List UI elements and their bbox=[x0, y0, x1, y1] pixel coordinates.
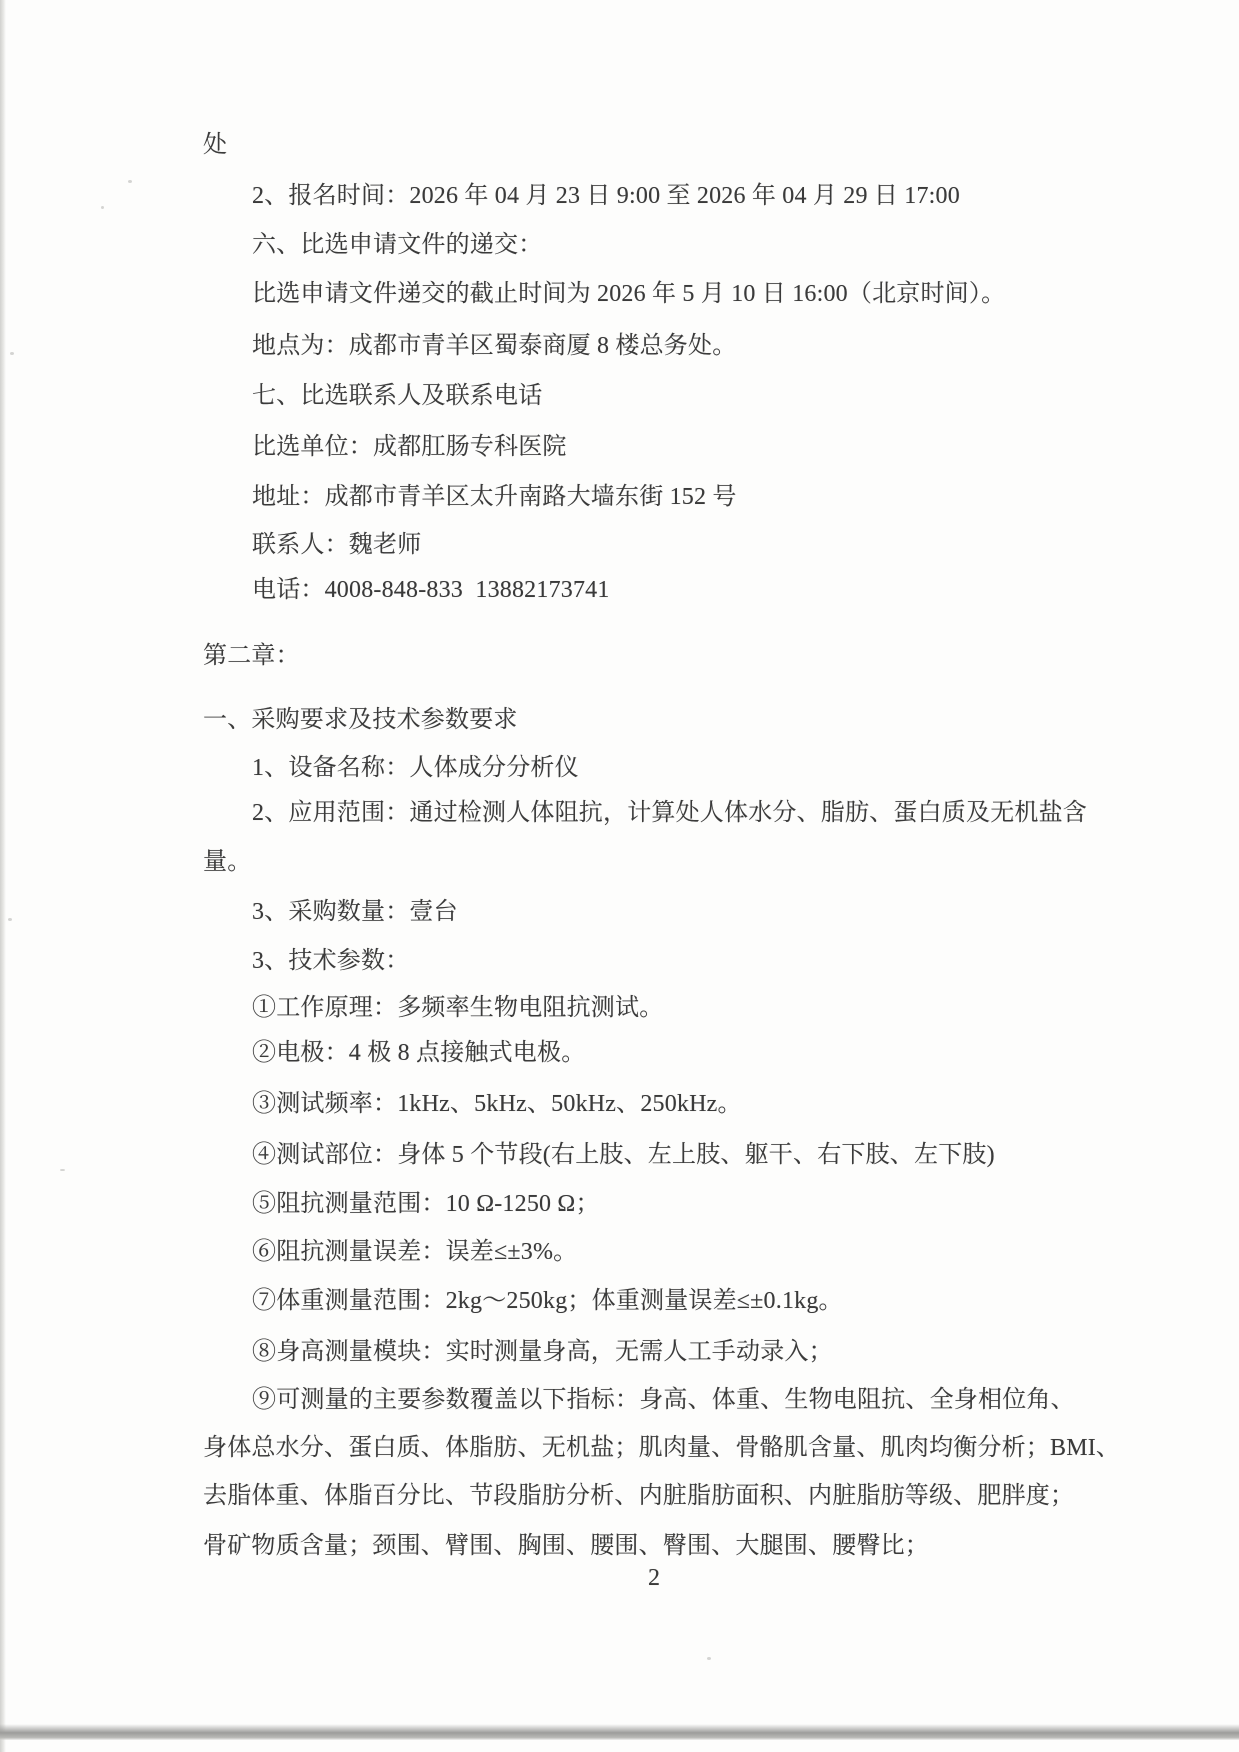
application-scope-wrap-line: 量。 bbox=[203, 846, 251, 878]
param-height-module-line: ⑧身高测量模块：实时测量身高，无需人工手动录入； bbox=[252, 1336, 833, 1368]
contact-person-line: 联系人：魏老师 bbox=[252, 529, 421, 561]
carryover-text-line: 处 bbox=[203, 129, 227, 161]
measurable-indicators-wrap-line-1: 身体总水分、蛋白质、体脂肪、无机盐；肌肉量、骨骼肌含量、肌肉均衡分析；BMI、 bbox=[203, 1432, 1120, 1464]
chapter-two-heading: 第二章： bbox=[203, 640, 300, 672]
param-electrode-line: ②电极：4 极 8 点接触式电极。 bbox=[252, 1037, 585, 1069]
device-name-line: 1、设备名称：人体成分分析仪 bbox=[252, 752, 579, 784]
scanned-document-page: 处 2、报名时间：2026 年 04 月 23 日 9:00 至 2026 年 … bbox=[0, 0, 1239, 1752]
param-test-frequency-line: ③测试频率：1kHz、5kHz、50kHz、250kHz。 bbox=[252, 1088, 742, 1120]
param-weight-range-line: ⑦体重测量范围：2kg～250kg；体重测量误差≤±0.1kg。 bbox=[252, 1285, 843, 1317]
measurable-indicators-wrap-line-2: 去脂体重、体脂百分比、节段脂肪分析、内脏脂肪面积、内脏脂肪等级、肥胖度； bbox=[203, 1480, 1074, 1512]
technical-params-heading: 3、技术参数： bbox=[252, 945, 409, 977]
scan-left-edge-artifact bbox=[0, 0, 6, 1752]
scan-speck bbox=[60, 1169, 65, 1171]
measurable-indicators-wrap-line-3: 骨矿物质含量；颈围、臂围、胸围、腰围、臀围、大腿围、腰臀比； bbox=[203, 1530, 929, 1562]
scan-speck bbox=[8, 918, 12, 921]
section-six-heading: 六、比选申请文件的递交： bbox=[252, 229, 542, 261]
purchase-quantity-line: 3、采购数量：壹台 bbox=[252, 896, 458, 928]
page-number: 2 bbox=[648, 1562, 660, 1594]
scan-speck bbox=[128, 180, 132, 183]
param-measurable-indicators-line: ⑨可测量的主要参数覆盖以下指标：身高、体重、生物电阻抗、全身相位角、 bbox=[252, 1384, 1075, 1416]
address-line: 地址：成都市青羊区太升南路大墙东街 152 号 bbox=[252, 481, 737, 513]
application-scope-line: 2、应用范围：通过检测人体阻抗，计算处人体水分、脂肪、蛋白质及无机盐含 bbox=[252, 797, 1087, 829]
scan-speck bbox=[101, 206, 104, 209]
scan-speck bbox=[707, 1657, 711, 1660]
param-test-parts-line: ④测试部位：身体 5 个节段(右上肢、左上肢、躯干、右下肢、左下肢) bbox=[252, 1139, 995, 1171]
scan-bottom-edge-shadow bbox=[0, 1724, 1239, 1740]
submission-location-line: 地点为：成都市青羊区蜀泰商厦 8 楼总务处。 bbox=[252, 330, 736, 362]
param-working-principle-line: ①工作原理：多频率生物电阻抗测试。 bbox=[252, 992, 663, 1024]
submission-deadline-line: 比选申请文件递交的截止时间为 2026 年 5 月 10 日 16:00（北京时… bbox=[252, 278, 1005, 310]
section-seven-heading: 七、比选联系人及联系电话 bbox=[252, 380, 542, 412]
selecting-unit-line: 比选单位：成都肛肠专科医院 bbox=[252, 431, 567, 463]
param-impedance-error-line: ⑥阻抗测量误差：误差≤±3%。 bbox=[252, 1236, 577, 1268]
registration-time-line: 2、报名时间：2026 年 04 月 23 日 9:00 至 2026 年 04… bbox=[252, 180, 960, 212]
section-one-heading: 一、采购要求及技术参数要求 bbox=[203, 704, 518, 736]
param-impedance-range-line: ⑤阻抗测量范围：10 Ω-1250 Ω； bbox=[252, 1188, 600, 1220]
phone-line: 电话：4008-848-833 13882173741 bbox=[252, 574, 610, 606]
scan-speck bbox=[10, 352, 14, 355]
